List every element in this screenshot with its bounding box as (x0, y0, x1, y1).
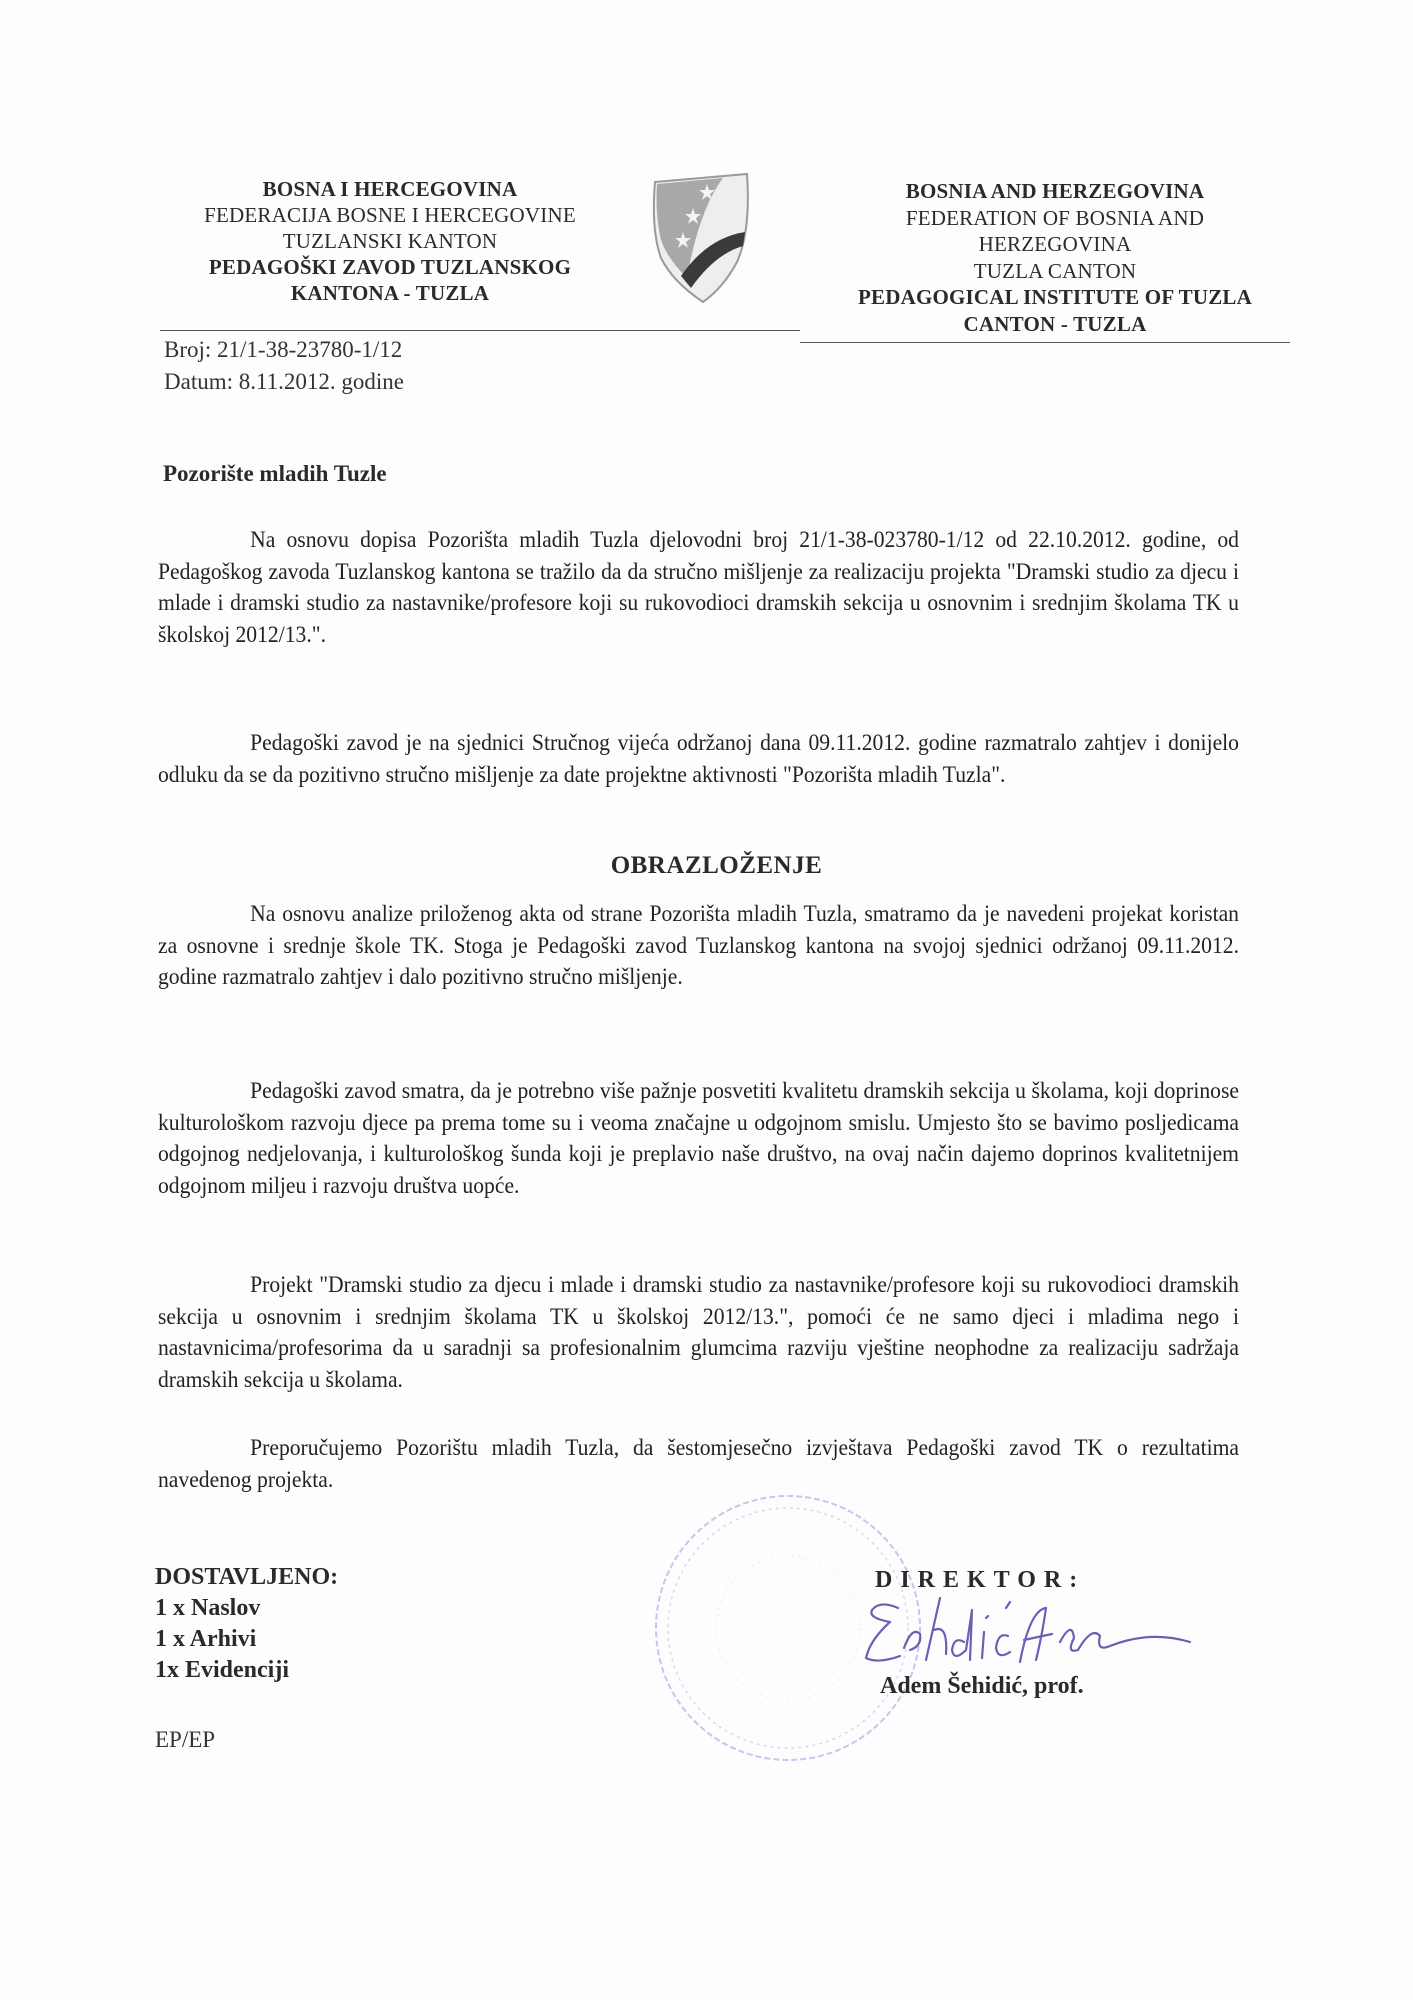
header-federation-en-cont: HERZEGOVINA (810, 231, 1300, 258)
reference-number: Broj: 21/1-38-23780-1/12 (164, 334, 404, 366)
paragraph-project: Projekt "Dramski studio za djecu i mlade… (158, 1269, 1239, 1395)
header-federation-en: FEDERATION OF BOSNIA AND (810, 205, 1300, 232)
paragraph-text: Pedagoški zavod je na sjednici Stručnog … (158, 730, 1239, 787)
header-canton-en: TUZLA CANTON (810, 258, 1300, 285)
coat-of-arms-shield-icon (645, 170, 757, 305)
document-meta: Broj: 21/1-38-23780-1/12 Datum: 8.11.201… (164, 334, 404, 398)
header-right-english: BOSNIA AND HERZEGOVINA FEDERATION OF BOS… (810, 178, 1300, 337)
header-institution: PEDAGOŠKI ZAVOD TUZLANSKOG (160, 254, 620, 280)
director-title: DIREKTOR: (875, 1567, 1085, 1594)
official-stamp-icon (620, 1470, 950, 1780)
author-initials: EP/EP (155, 1727, 215, 1753)
distribution-item: 1 x Naslov (155, 1593, 338, 1624)
paragraph-text: Preporučujemo Pozorištu mladih Tuzla, da… (158, 1435, 1239, 1492)
paragraph-analysis: Na osnovu analize priloženog akta od str… (158, 898, 1239, 993)
director-name: Adem Šehidić, prof. (880, 1673, 1084, 1700)
distribution-item: 1x Evidenciji (155, 1655, 338, 1686)
header-federation: FEDERACIJA BOSNE I HERCEGOVINE (160, 202, 620, 228)
header-left-bosnian: BOSNA I HERCEGOVINA FEDERACIJA BOSNE I H… (160, 176, 620, 306)
recipient: Pozorište mladih Tuzle (163, 461, 387, 487)
header-institution-city-en: CANTON - TUZLA (810, 311, 1300, 338)
paragraph-recommendation: Preporučujemo Pozorištu mladih Tuzla, da… (158, 1432, 1239, 1495)
header-canton: TUZLANSKI KANTON (160, 228, 620, 254)
distribution-title: DOSTAVLJENO: (155, 1562, 338, 1593)
paragraph-text: Na osnovu analize priloženog akta od str… (158, 901, 1239, 989)
document-page: BOSNA I HERCEGOVINA FEDERACIJA BOSNE I H… (0, 0, 1413, 2000)
paragraph-text: Na osnovu dopisa Pozorišta mladih Tuzla … (158, 527, 1239, 647)
section-title-text: OBRAZLOŽENJE (611, 852, 823, 880)
header-divider-left (160, 330, 800, 331)
distribution-item: 1 x Arhivi (155, 1624, 338, 1655)
paragraph-request: Na osnovu dopisa Pozorišta mladih Tuzla … (158, 524, 1239, 650)
paragraph-opinion: Pedagoški zavod smatra, da je potrebno v… (158, 1075, 1239, 1201)
header-country: BOSNA I HERCEGOVINA (160, 176, 620, 202)
header-divider-right (800, 342, 1290, 343)
header-institution-city: KANTONA - TUZLA (160, 280, 620, 306)
document-date: Datum: 8.11.2012. godine (164, 366, 404, 398)
section-title: OBRAZLOŽENJE (0, 852, 1413, 880)
paragraph-decision: Pedagoški zavod je na sjednici Stručnog … (158, 727, 1239, 790)
distribution-list: DOSTAVLJENO: 1 x Naslov 1 x Arhivi 1x Ev… (155, 1562, 338, 1686)
paragraph-text: Pedagoški zavod smatra, da je potrebno v… (158, 1078, 1239, 1198)
header-country-en: BOSNIA AND HERZEGOVINA (810, 178, 1300, 205)
paragraph-text: Projekt "Dramski studio za djecu i mlade… (158, 1272, 1239, 1392)
header-institution-en: PEDAGOGICAL INSTITUTE OF TUZLA (810, 284, 1300, 311)
